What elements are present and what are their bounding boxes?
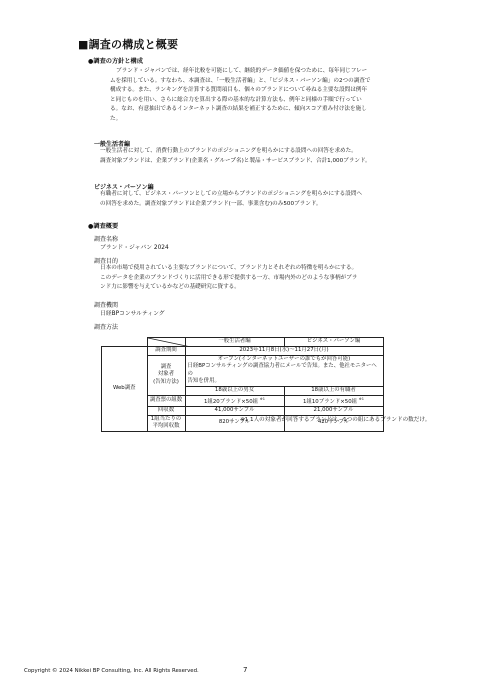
text-line: ンド力に影響を与えているかなどの基礎研究に資する。 [100,283,357,293]
target-general: 18歳以上の男女 [185,386,284,395]
page-number: 7 [243,666,247,674]
text-line: 1組当たりの [150,416,183,424]
diagonal-line-icon [148,338,191,347]
text-line: 構成する。また、ランキングを計算する質問項目も、個々のブランドについて尋ねる主要… [110,86,370,96]
table-footnote: ※1 1人の対象者が回答するブランドは、1つの組にあるブランドの数だけ。 [240,415,430,423]
text-line: た。 [110,115,370,125]
section-heading-overview: ●調査概要 [88,221,118,230]
target-business: 18歳以上の有職者 [284,386,383,395]
period-value: 2023年11月8日(水)〜11月27日(月) [185,347,383,356]
text-line: (告知方法) [150,379,183,387]
text-line: 告知を併用。 [188,378,381,386]
policy-paragraph: ブランド・ジャパンでは、経年比較を可能にして、継続的データ価値を保つために、毎年… [110,67,370,125]
responses-general: 41,000サンプル [185,406,284,415]
footnote-mark: ※1 [260,397,265,401]
text-line: このデータを企業のブランドづくりに活用できる形で提供する一方、市場内外のどのよう… [100,274,357,284]
composition-general: 1組20ブランド×50組 ※1 [185,395,284,406]
row-label-composition: 調査票の組数 [147,395,185,406]
row-label-avg: 1組当たりの 平均回収数 [147,415,185,431]
text-line: ムを採用している。すなわち、本調査は、「一般生活者編」と、「ビジネス・パーソン編… [110,77,370,87]
business-description: 有職者に対して、ビジネス・パーソンとしての立場からブランドのポジショニングを明ら… [100,190,362,209]
text-line: 日経BPコンサルティングの調査協力者にメールで告知。また、他社モニターへの [188,363,381,378]
text-line: ブランド・ジャパンでは、経年比較を可能にして、継続的データ価値を保つために、毎年… [110,67,370,77]
empty-cell [102,338,148,347]
survey-name-value: ブランド・ジャパン 2024 [100,242,169,251]
row-label-period: 調査期間 [147,347,185,356]
col-header-general: 一般生活者編 [185,338,284,347]
page-title: ■調査の構成と概要 [78,36,178,52]
text-line: の回答を求めた。調査対象ブランドは企業ブランド(一部、事業含む)のみ500ブラン… [100,200,362,210]
text: 1組10ブランド×50組 [303,398,357,404]
target-shared-value: オープン(インターネットユーザーの誰でもが回答可能) 日経BPコンサルティングの… [185,355,383,386]
survey-method-label: 調査方法 [94,322,118,331]
survey-org-value: 日経BPコンサルティング [100,308,165,317]
composition-business: 1組10ブランド×50組 ※1 [284,395,383,406]
text-line: 一般生活者に対して、消費行動上のブランドのポジショニングを明らかにする設問への回… [100,147,371,157]
text-line: 有職者に対して、ビジネス・パーソンとしての立場からブランドのポジショニングを明ら… [100,190,362,200]
survey-purpose-text: 日本の市場で使用されている主要なブランドについて、ブランド力とそれぞれの特徴を明… [100,264,357,293]
row-label-target: 調査 対象者 (告知方法) [147,355,185,395]
general-description: 一般生活者に対して、消費行動上のブランドのポジショニングを明らかにする設問への回… [100,147,371,166]
col-header-business: ビジネス・パーソン編 [284,338,383,347]
text-line: 平均回収数 [150,423,183,431]
text-line: と同じものを用い、さらに総合力を算出する際の基本的な計算方法も、例年と同様の手順… [110,96,370,106]
diagonal-header-cell [147,338,185,347]
text-line: る。なお、有意抽出であるインターネット調査の結果を補正するために、傾向スコア重み… [110,105,370,115]
copyright-footer: Copyright © 2024 Nikkei BP Consulting, I… [24,668,199,674]
method-web-cell: Web調査 [102,347,148,432]
document-page: ■調査の構成と概要 ●調査の方針と構成 ブランド・ジャパンでは、経年比較を可能に… [0,0,495,700]
text-line: 調査対象ブランドは、企業ブランド(企業名・グループ名)と製品・サービスブランド、… [100,157,371,167]
text-line: 対象者 [150,371,183,379]
footnote-mark: ※1 [359,397,364,401]
responses-business: 21,000サンプル [284,406,383,415]
row-label-responses: 回収数 [147,406,185,415]
section-heading-policy: ●調査の方針と構成 [88,56,143,65]
text: 1組20ブランド×50組 [204,398,258,404]
text-line: 日本の市場で使用されている主要なブランドについて、ブランド力とそれぞれの特徴を明… [100,264,357,274]
